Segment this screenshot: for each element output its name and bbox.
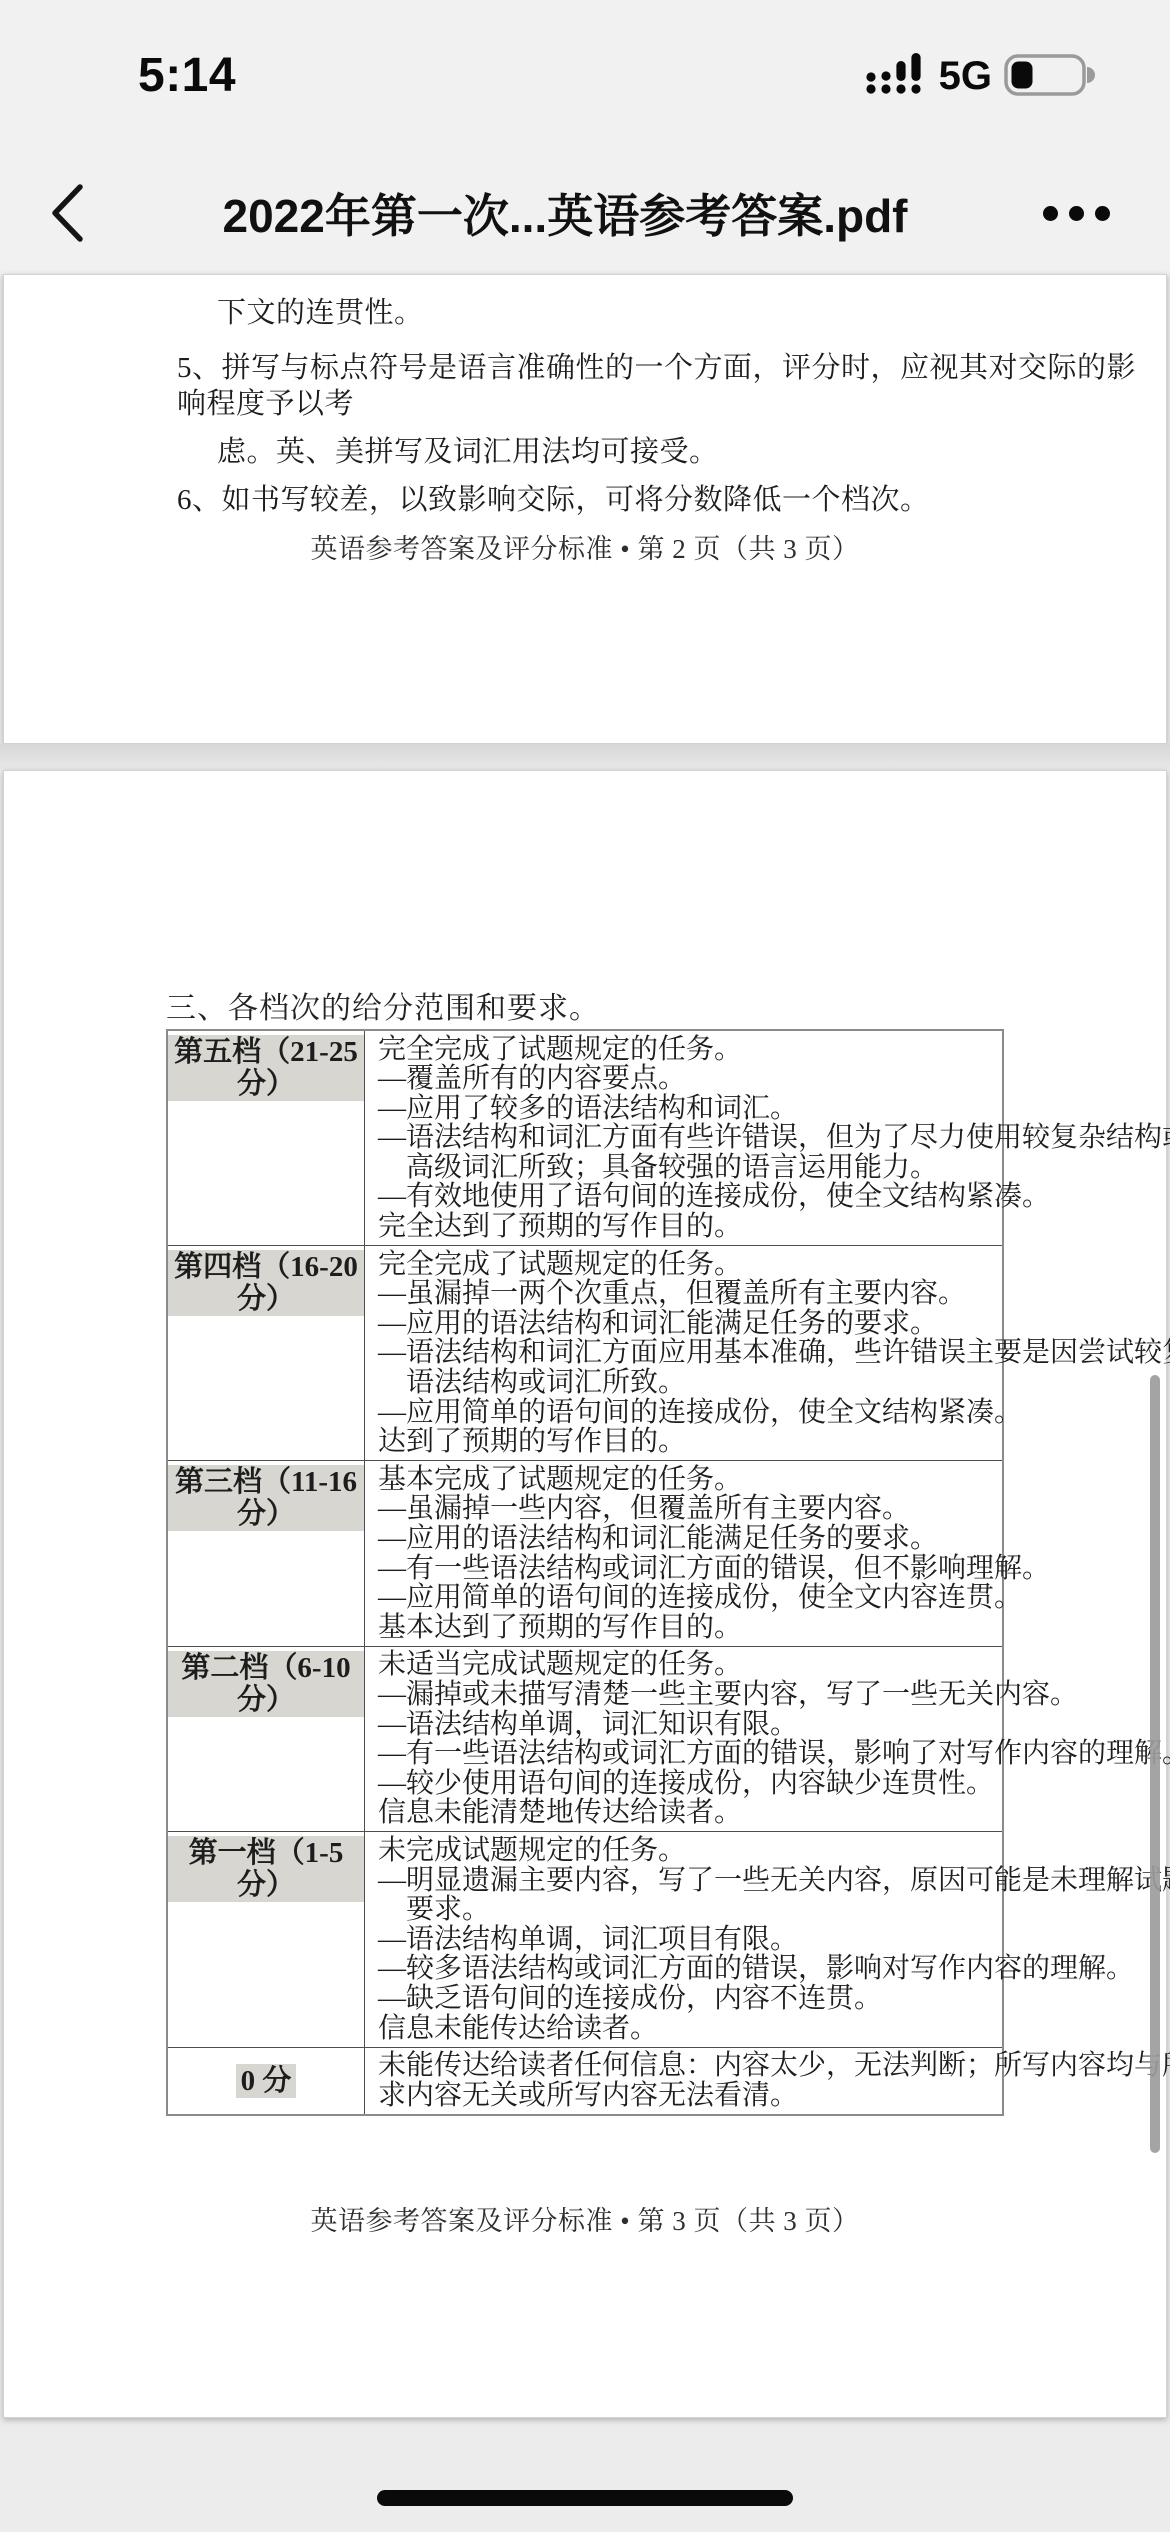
page3-footer: 英语参考答案及评分标准 • 第 3 页（共 3 页） [4,2199,1166,2238]
band-label-cell: 第四档（16-20 分） [168,1246,365,1460]
page2-text-line: 下文的连贯性。 [177,295,1137,331]
criteria-line: —虽漏掉一些内容，但覆盖所有主要内容。 [378,1494,1050,1524]
criteria-line: 信息未能传达给读者。 [378,2014,1170,2044]
page2-text-line: 5、拼写与标点符号是语言准确性的一个方面，评分时，应视其对交际的影响程度予以考 [177,350,1137,422]
criteria-cell: 未适当完成试题规定的任务。—漏掉或未描写清楚一些主要内容，写了一些无关内容。—语… [365,1647,1170,1832]
criteria-line: —应用简单的语句间的连接成份，使全文内容连贯。 [378,1583,1050,1613]
band-label-cell: 0 分 [168,2048,365,2114]
band-label-cell: 第五档（21-25 分） [168,1031,365,1245]
more-options-button[interactable] [1043,198,1119,228]
criteria-line: —语法结构单调，词汇项目有限。 [378,1925,1170,1955]
table-row: 第五档（21-25 分）完全完成了试题规定的任务。—覆盖所有的内容要点。—应用了… [168,1031,1002,1245]
table-row: 0 分未能传达给读者任何信息：内容太少，无法判断；所写内容均与所要求内容无关或所… [168,2047,1002,2114]
criteria-line: 信息未能清楚地传达给读者。 [378,1798,1170,1828]
criteria-line: —有一些语法结构或词汇方面的错误，但不影响理解。 [378,1554,1050,1584]
cellular-signal-icon [863,52,927,101]
band-label: 第五档（21-25 分） [168,1035,364,1101]
criteria-line: 基本完成了试题规定的任务。 [378,1465,1050,1495]
page2-text-line: 虑。英、美拼写及词汇用法均可接受。 [177,434,1137,470]
criteria-line: —较少使用语句间的连接成份，内容缺少连贯性。 [378,1769,1170,1799]
band-label-cell: 第二档（6-10 分） [168,1647,365,1832]
band-label: 第一档（1-5 分） [168,1836,364,1902]
criteria-line: —应用的语法结构和词汇能满足任务的要求。 [378,1309,1170,1339]
criteria-line: 高级词汇所致；具备较强的语言运用能力。 [378,1153,1170,1183]
page2-text-line: 6、如书写较差，以致影响交际，可将分数降低一个档次。 [177,482,1137,518]
criteria-line: —有一些语法结构或词汇方面的错误，影响了对写作内容的理解。 [378,1739,1170,1769]
criteria-line: 完全达到了预期的写作目的。 [378,1212,1170,1242]
criteria-line: —缺乏语句间的连接成份，内容不连贯。 [378,1984,1170,2014]
criteria-line: 未能传达给读者任何信息：内容太少，无法判断；所写内容均与所要 [378,2051,1170,2081]
back-button[interactable] [46,182,90,244]
table-row: 第一档（1-5 分）未完成试题规定的任务。—明显遗漏主要内容，写了一些无关内容，… [168,1831,1002,2046]
criteria-line: —明显遗漏主要内容，写了一些无关内容，原因可能是未理解试题 [378,1866,1170,1896]
criteria-line: 完全完成了试题规定的任务。 [378,1250,1170,1280]
table-row: 第三档（11-16 分）基本完成了试题规定的任务。—虽漏掉一些内容，但覆盖所有主… [168,1460,1002,1646]
band-label: 第二档（6-10 分） [168,1651,364,1717]
section-title: 三、各档次的给分范围和要求。 [166,983,600,1027]
criteria-line: —虽漏掉一两个次重点，但覆盖所有主要内容。 [378,1279,1170,1309]
band-label-cell: 第一档（1-5 分） [168,1832,365,2046]
grading-table: 第五档（21-25 分）完全完成了试题规定的任务。—覆盖所有的内容要点。—应用了… [166,1029,1004,2116]
criteria-line: 未适当完成试题规定的任务。 [378,1650,1170,1680]
pdf-page-2: 下文的连贯性。5、拼写与标点符号是语言准确性的一个方面，评分时，应视其对交际的影… [3,274,1167,744]
criteria-line: —有效地使用了语句间的连接成份，使全文结构紧凑。 [378,1182,1170,1212]
status-right-cluster: 5G [863,52,1096,101]
criteria-cell: 未能传达给读者任何信息：内容太少，无法判断；所写内容均与所要求内容无关或所写内容… [365,2048,1170,2114]
page2-footer: 英语参考答案及评分标准 • 第 2 页（共 3 页） [4,527,1166,566]
page-gap [0,744,1170,770]
criteria-line: 达到了预期的写作目的。 [378,1427,1170,1457]
criteria-line: —覆盖所有的内容要点。 [378,1064,1170,1094]
criteria-cell: 基本完成了试题规定的任务。—虽漏掉一些内容，但覆盖所有主要内容。—应用的语法结构… [365,1461,1060,1646]
document-title: 2022年第一次...英语参考答案.pdf [120,180,1010,246]
criteria-line: —语法结构和词汇方面有些许错误，但为了尽力使用较复杂结构或较 [378,1123,1170,1153]
scrollbar-thumb[interactable] [1150,1375,1160,2153]
page2-lines: 下文的连贯性。5、拼写与标点符号是语言准确性的一个方面，评分时，应视其对交际的影… [177,295,1137,530]
home-indicator[interactable] [377,2490,793,2506]
criteria-line: 求内容无关或所写内容无法看清。 [378,2081,1170,2111]
ellipsis-icon [1069,206,1084,221]
criteria-line: —语法结构单调，词汇知识有限。 [378,1710,1170,1740]
table-row: 第四档（16-20 分）完全完成了试题规定的任务。—虽漏掉一两个次重点，但覆盖所… [168,1245,1002,1460]
criteria-line: 要求。 [378,1895,1170,1925]
pdf-page-3: 三、各档次的给分范围和要求。 第五档（21-25 分）完全完成了试题规定的任务。… [3,770,1167,2418]
table-row: 第二档（6-10 分）未适当完成试题规定的任务。—漏掉或未描写清楚一些主要内容，… [168,1646,1002,1832]
status-time: 5:14 [138,48,236,103]
band-label: 第三档（11-16 分） [168,1465,364,1531]
criteria-line: —应用了较多的语法结构和词汇。 [378,1094,1170,1124]
criteria-cell: 完全完成了试题规定的任务。—覆盖所有的内容要点。—应用了较多的语法结构和词汇。—… [365,1031,1170,1245]
criteria-line: —较多语法结构或词汇方面的错误，影响对写作内容的理解。 [378,1954,1170,1984]
top-chrome: 5:14 5G 2022年 [0,0,1170,274]
criteria-line: 未完成试题规定的任务。 [378,1836,1170,1866]
criteria-cell: 完全完成了试题规定的任务。—虽漏掉一两个次重点，但覆盖所有主要内容。—应用的语法… [365,1246,1170,1460]
band-label-cell: 第三档（11-16 分） [168,1461,365,1646]
battery-icon [1004,52,1096,101]
band-label: 第四档（16-20 分） [168,1250,364,1316]
nav-bar: 2022年第一次...英语参考答案.pdf [0,168,1170,258]
criteria-line: —漏掉或未描写清楚一些主要内容，写了一些无关内容。 [378,1680,1170,1710]
network-type-label: 5G [939,54,992,99]
criteria-line: 基本达到了预期的写作目的。 [378,1613,1050,1643]
ellipsis-icon [1095,206,1110,221]
criteria-line: 语法结构或词汇所致。 [378,1368,1170,1398]
criteria-line: —语法结构和词汇方面应用基本准确，些许错误主要是因尝试较复杂 [378,1338,1170,1368]
band-label: 0 分 [236,2064,297,2098]
criteria-cell: 未完成试题规定的任务。—明显遗漏主要内容，写了一些无关内容，原因可能是未理解试题… [365,1832,1170,2046]
criteria-line: —应用简单的语句间的连接成份，使全文结构紧凑。 [378,1398,1170,1428]
criteria-line: —应用的语法结构和词汇能满足任务的要求。 [378,1524,1050,1554]
ellipsis-icon [1043,206,1058,221]
criteria-line: 完全完成了试题规定的任务。 [378,1035,1170,1065]
